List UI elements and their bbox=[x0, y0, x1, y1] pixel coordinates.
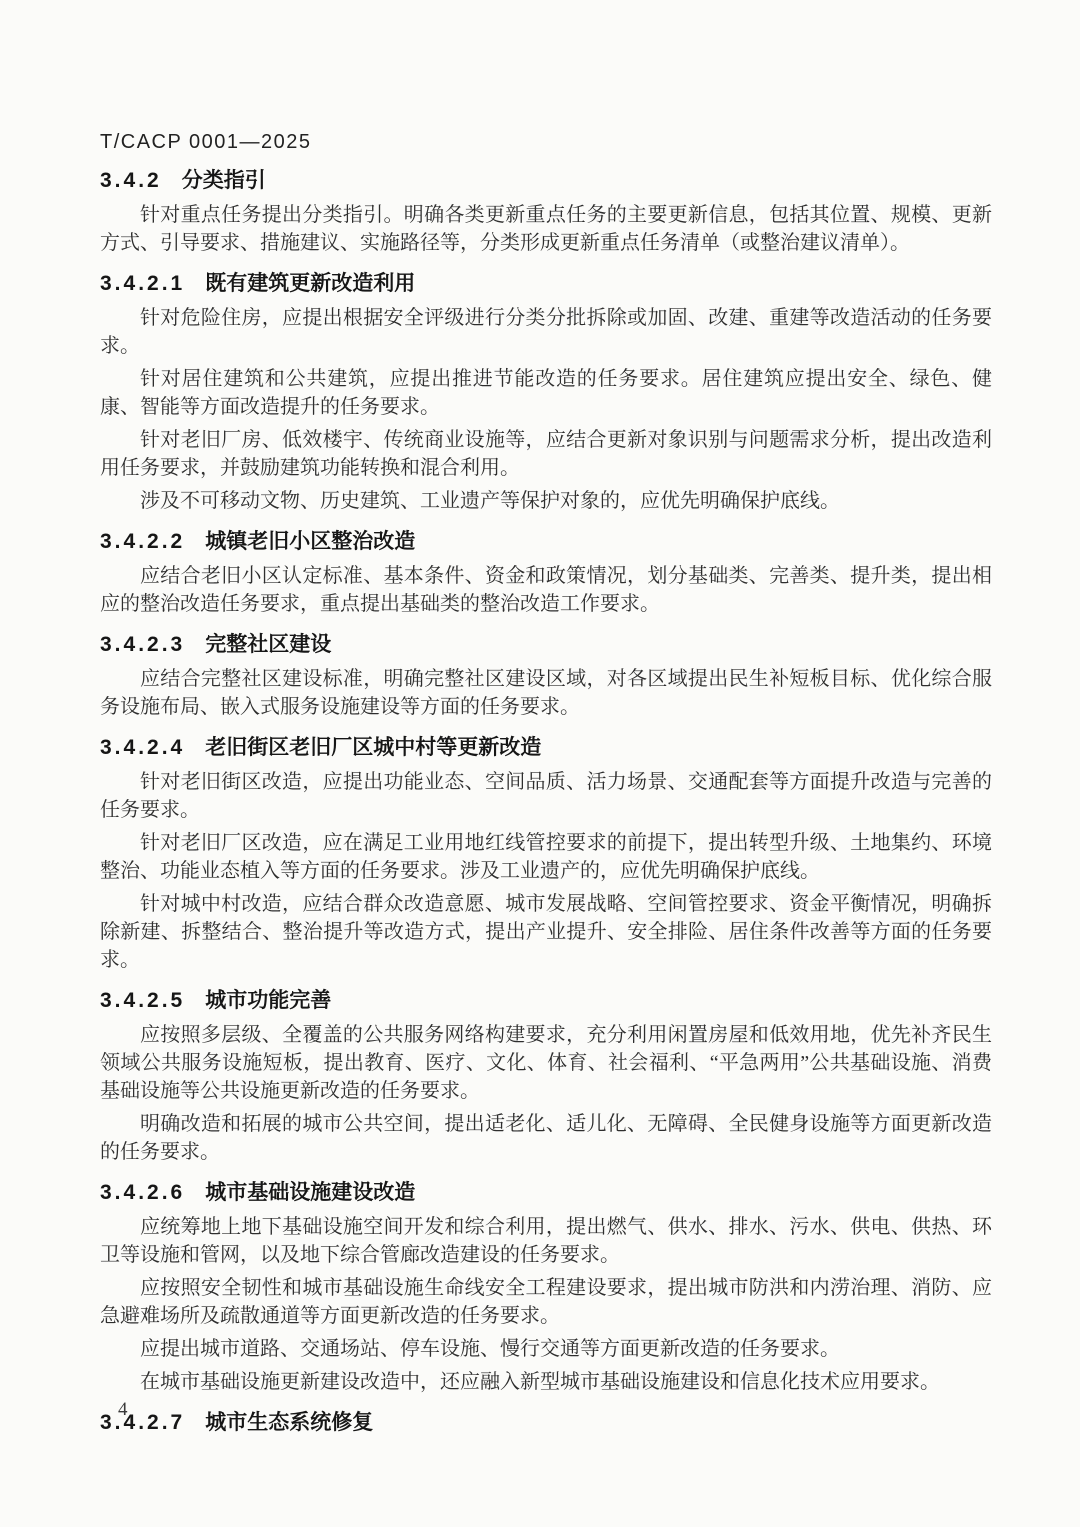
section-heading: 3.4.2分类指引 bbox=[100, 167, 992, 194]
section-heading: 3.4.2.2城镇老旧小区整治改造 bbox=[100, 528, 992, 555]
paragraph: 针对老旧厂区改造，应在满足工业用地红线管控要求的前提下，提出转型升级、土地集约、… bbox=[100, 829, 992, 885]
paragraph: 针对老旧厂房、低效楼宇、传统商业设施等，应结合更新对象识别与问题需求分析，提出改… bbox=[100, 426, 992, 482]
paragraph: 针对城中村改造，应结合群众改造意愿、城市发展战略、空间管控要求、资金平衡情况，明… bbox=[100, 890, 992, 974]
section-title: 城市生态系统修复 bbox=[205, 1411, 373, 1434]
paragraph: 应结合老旧小区认定标准、基本条件、资金和政策情况，划分基础类、完善类、提升类，提… bbox=[100, 562, 992, 618]
section-number: 3.4.2.6 bbox=[100, 1181, 185, 1204]
document-page: T/CACP 0001—2025 3.4.2分类指引针对重点任务提出分类指引。明… bbox=[0, 0, 1080, 1527]
section-title: 城市基础设施建设改造 bbox=[205, 1181, 415, 1204]
section-heading: 3.4.2.1既有建筑更新改造利用 bbox=[100, 270, 992, 297]
section-heading: 3.4.2.5城市功能完善 bbox=[100, 987, 992, 1014]
section-title: 城镇老旧小区整治改造 bbox=[205, 530, 415, 553]
section-title: 城市功能完善 bbox=[205, 989, 331, 1012]
section-number: 3.4.2.1 bbox=[100, 272, 185, 295]
paragraph: 针对老旧街区改造，应提出功能业态、空间品质、活力场景、交通配套等方面提升改造与完… bbox=[100, 768, 992, 824]
paragraph: 涉及不可移动文物、历史建筑、工业遗产等保护对象的，应优先明确保护底线。 bbox=[100, 487, 992, 515]
paragraph: 应统筹地上地下基础设施空间开发和综合利用，提出燃气、供水、排水、污水、供电、供热… bbox=[100, 1213, 992, 1269]
page-number: 4 bbox=[118, 1398, 128, 1422]
section-number: 3.4.2.3 bbox=[100, 633, 185, 656]
section-number: 3.4.2.7 bbox=[100, 1411, 185, 1434]
paragraph: 在城市基础设施更新建设改造中，还应融入新型城市基础设施建设和信息化技术应用要求。 bbox=[100, 1368, 992, 1396]
document-body: 3.4.2分类指引针对重点任务提出分类指引。明确各类更新重点任务的主要更新信息，… bbox=[100, 167, 992, 1436]
paragraph: 应结合完整社区建设标准，明确完整社区建设区域，对各区域提出民生补短板目标、优化综… bbox=[100, 665, 992, 721]
section-number: 3.4.2.2 bbox=[100, 530, 185, 553]
section-title: 完整社区建设 bbox=[205, 633, 331, 656]
paragraph: 应按照多层级、全覆盖的公共服务网络构建要求，充分利用闲置房屋和低效用地，优先补齐… bbox=[100, 1021, 992, 1105]
section-heading: 3.4.2.6城市基础设施建设改造 bbox=[100, 1179, 992, 1206]
document-code: T/CACP 0001—2025 bbox=[100, 130, 992, 154]
document-content: T/CACP 0001—2025 3.4.2分类指引针对重点任务提出分类指引。明… bbox=[0, 130, 1080, 1436]
section-number: 3.4.2.5 bbox=[100, 989, 185, 1012]
paragraph: 应按照安全韧性和城市基础设施生命线安全工程建设要求，提出城市防洪和内涝治理、消防… bbox=[100, 1274, 992, 1330]
section-number: 3.4.2 bbox=[100, 169, 162, 192]
section-title: 既有建筑更新改造利用 bbox=[205, 272, 415, 295]
section-title: 老旧街区老旧厂区城中村等更新改造 bbox=[205, 736, 541, 759]
section-number: 3.4.2.4 bbox=[100, 736, 185, 759]
paragraph: 应提出城市道路、交通场站、停车设施、慢行交通等方面更新改造的任务要求。 bbox=[100, 1335, 992, 1363]
paragraph: 针对重点任务提出分类指引。明确各类更新重点任务的主要更新信息，包括其位置、规模、… bbox=[100, 201, 992, 257]
paragraph: 明确改造和拓展的城市公共空间，提出适老化、适儿化、无障碍、全民健身设施等方面更新… bbox=[100, 1110, 992, 1166]
paragraph: 针对居住建筑和公共建筑，应提出推进节能改造的任务要求。居住建筑应提出安全、绿色、… bbox=[100, 365, 992, 421]
section-heading: 3.4.2.7城市生态系统修复 bbox=[100, 1409, 992, 1436]
section-heading: 3.4.2.4老旧街区老旧厂区城中村等更新改造 bbox=[100, 734, 992, 761]
paragraph: 针对危险住房，应提出根据安全评级进行分类分批拆除或加固、改建、重建等改造活动的任… bbox=[100, 304, 992, 360]
section-heading: 3.4.2.3完整社区建设 bbox=[100, 631, 992, 658]
section-title: 分类指引 bbox=[182, 169, 266, 192]
